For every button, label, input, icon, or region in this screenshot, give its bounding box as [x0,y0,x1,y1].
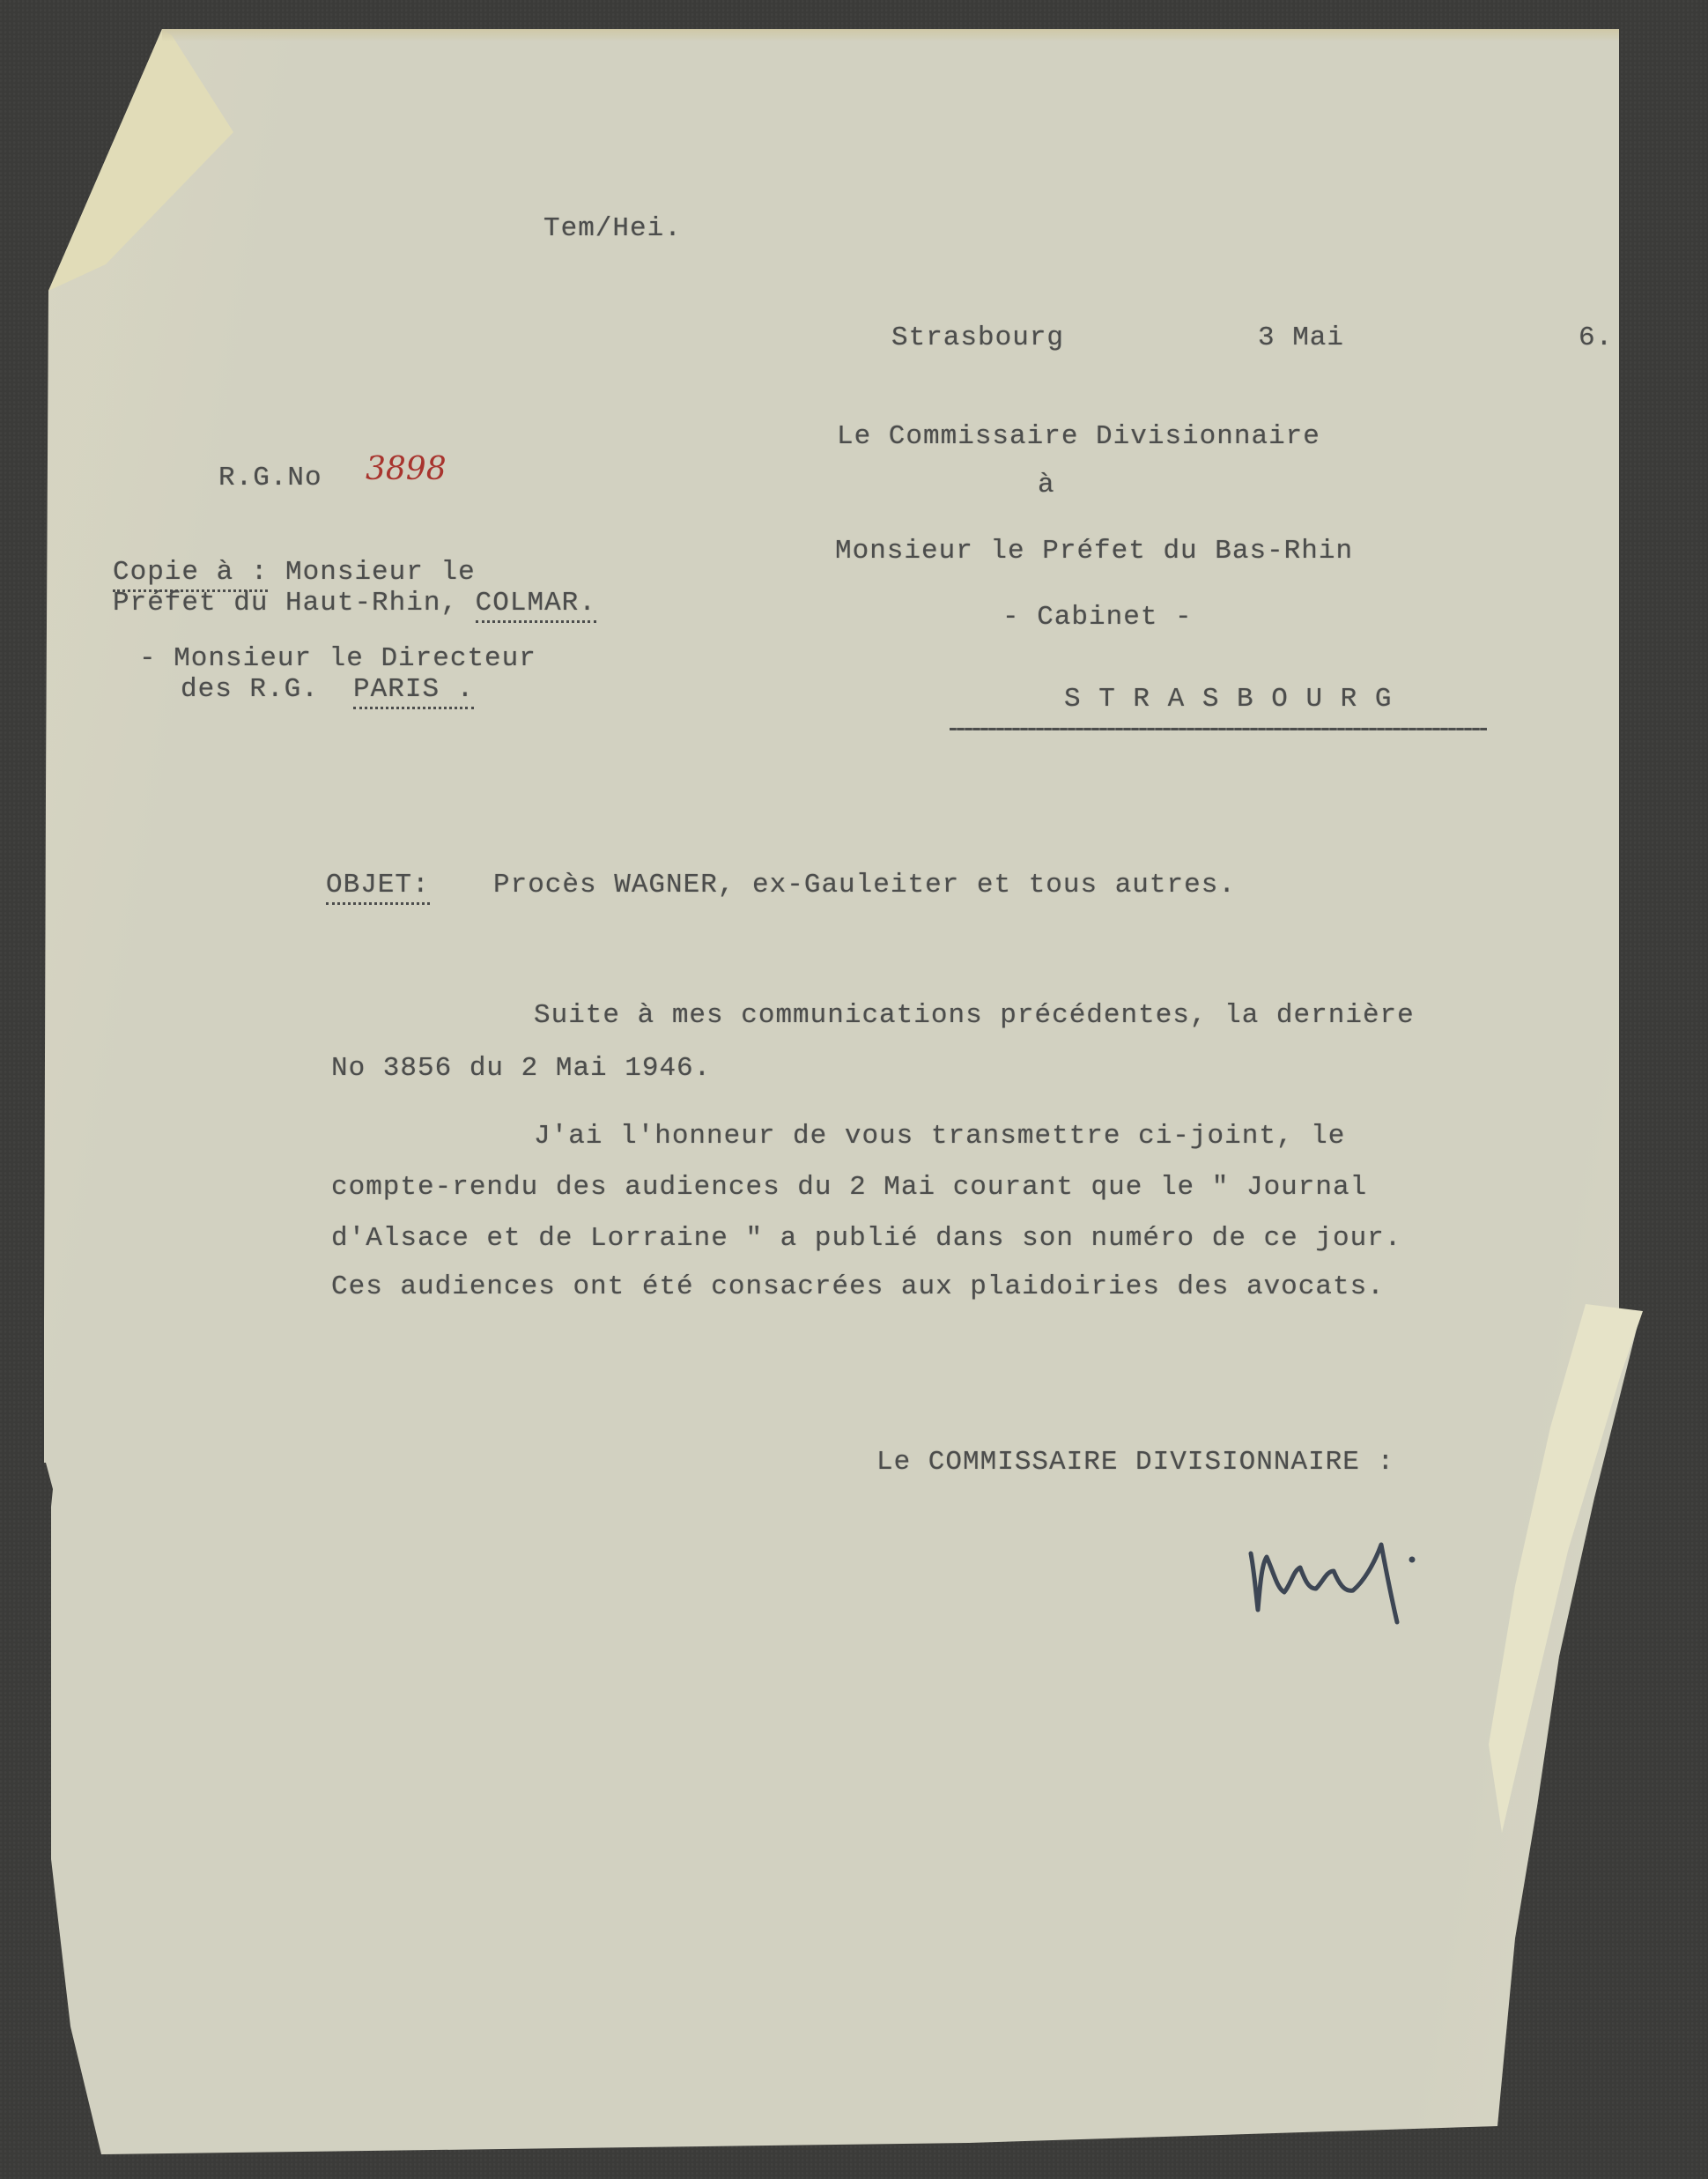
body-line-6: Ces audiences ont été consacrées aux pla… [331,1271,1385,1302]
place: Strasbourg [891,322,1064,353]
body-line-5: d'Alsace et de Lorraine " a publié dans … [331,1223,1401,1254]
copies-line-2-prefix: Préfet du Haut-Rhin, [113,588,476,619]
copies-line-3: - Monsieur le Directeur [139,643,536,674]
copies-label: Copie à : [113,557,268,592]
rg-number-handwritten: 3898 [366,451,447,487]
subject-text: Procès WAGNER, ex-Gauleiter et tous autr… [493,870,1236,901]
reference-initials: Tem/Hei. [543,213,682,244]
rg-label: R.G.No [218,463,322,493]
paper-top-edge [162,29,1619,41]
body-line-4: compte-rendu des audiences du 2 Mai cour… [331,1172,1367,1203]
body-line-1: Suite à mes communications précédentes, … [534,1000,1415,1031]
copies-line-4-prefix: des R.G. [181,674,353,705]
date: 3 Mai [1258,322,1344,353]
subject-label-text: OBJET: [326,870,430,905]
paper-sheet [0,0,1708,2179]
sender: Le Commissaire Divisionnaire [837,421,1320,452]
to-word: à [1038,470,1055,500]
year-suffix: 6. [1579,322,1613,353]
copies-line-1: Copie à : Monsieur le [113,557,476,588]
copies-colmar: COLMAR. [476,588,596,623]
copies-line-2: Préfet du Haut-Rhin, COLMAR. [113,588,596,619]
recipient-underline [950,728,1487,730]
recipient-city: S T R A S B O U R G [1064,684,1392,715]
paper-shading [0,0,1708,2179]
copies-line-1-rest: Monsieur le [268,557,475,588]
recipient: Monsieur le Préfet du Bas-Rhin [835,536,1353,567]
copies-line-4: des R.G. PARIS . [181,674,474,705]
body-line-3: J'ai l'honneur de vous transmettre ci-jo… [534,1121,1345,1152]
recipient-department: - Cabinet - [1002,602,1193,633]
subject-label: OBJET: [326,870,430,901]
body-line-2: No 3856 du 2 Mai 1946. [331,1053,711,1084]
closing-title: Le COMMISSAIRE DIVISIONNAIRE : [876,1447,1394,1478]
signature-icon [1066,1502,1524,1626]
copies-paris: PARIS . [353,674,474,709]
